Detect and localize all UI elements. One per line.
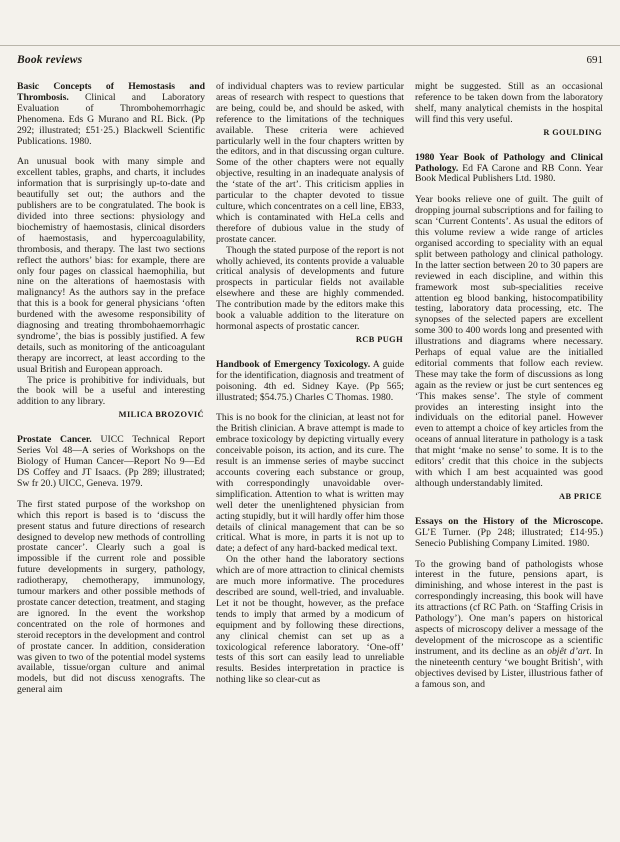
review-paragraph: To the growing band of pathologists whos…: [415, 560, 603, 691]
three-column-body: Basic Concepts of Hemostasis and Thrombo…: [17, 82, 605, 696]
column-3: might be suggested. Still as an occasion…: [415, 82, 603, 696]
review-title-toxicology: Handbook of Emergency Toxicology. A guid…: [216, 360, 404, 404]
book-title-bold: Essays on the History of the Microscope.: [415, 516, 603, 527]
review-paragraph: This is no book for the clinician, at le…: [216, 413, 404, 555]
review-paragraph: The first stated purpose of the workshop…: [17, 500, 205, 696]
review-paragraph: Though the stated purpose of the report …: [216, 246, 404, 333]
review-separator: [415, 138, 603, 153]
book-title-bold: Handbook of Emergency Toxicology.: [216, 359, 370, 370]
running-header: Book reviews 691: [17, 54, 603, 66]
review-separator: [216, 345, 404, 360]
reviewer-signature: AB PRICE: [415, 491, 602, 502]
review-separator: [17, 420, 205, 435]
review-separator: [415, 502, 603, 517]
journal-page: Book reviews 691 Basic Concepts of Hemos…: [0, 0, 620, 842]
reviewer-signature: RCB PUGH: [216, 334, 403, 345]
review-title-hemostasis: Basic Concepts of Hemostasis and Thrombo…: [17, 82, 205, 147]
column-2: of individual chapters was to review par…: [216, 82, 404, 696]
book-title-rest: GL’E Turner. (Pp 248; illustrated; £14·9…: [415, 527, 603, 549]
reviewer-signature: R GOULDING: [415, 127, 602, 138]
review-title-yearbook: 1980 Year Book of Pathology and Clinical…: [415, 153, 603, 186]
page-top-rule: [0, 45, 620, 46]
review-title-prostate: Prostate Cancer. UICC Technical Report S…: [17, 435, 205, 490]
book-title-bold: Prostate Cancer.: [17, 434, 92, 445]
review-title-microscope: Essays on the History of the Microscope.…: [415, 517, 603, 550]
review-paragraph-continued: of individual chapters was to review par…: [216, 82, 404, 246]
column-1: Basic Concepts of Hemostasis and Thrombo…: [17, 82, 205, 696]
paragraph-segment-italic: objêt d’art: [547, 646, 589, 657]
review-paragraph: The price is prohibitive for individuals…: [17, 376, 205, 409]
reviewer-signature: MILICA BROZOVIĆ: [17, 409, 204, 420]
review-paragraph: Year books relieve one of guilt. The gui…: [415, 195, 603, 489]
review-paragraph: An unusual book with many simple and exc…: [17, 157, 205, 375]
running-header-title: Book reviews: [17, 54, 82, 66]
review-paragraph: On the other hand the laboratory section…: [216, 555, 404, 686]
page-number: 691: [587, 54, 604, 66]
paragraph-segment: To the growing band of pathologists whos…: [415, 559, 603, 657]
review-paragraph-continued: might be suggested. Still as an occasion…: [415, 82, 603, 126]
